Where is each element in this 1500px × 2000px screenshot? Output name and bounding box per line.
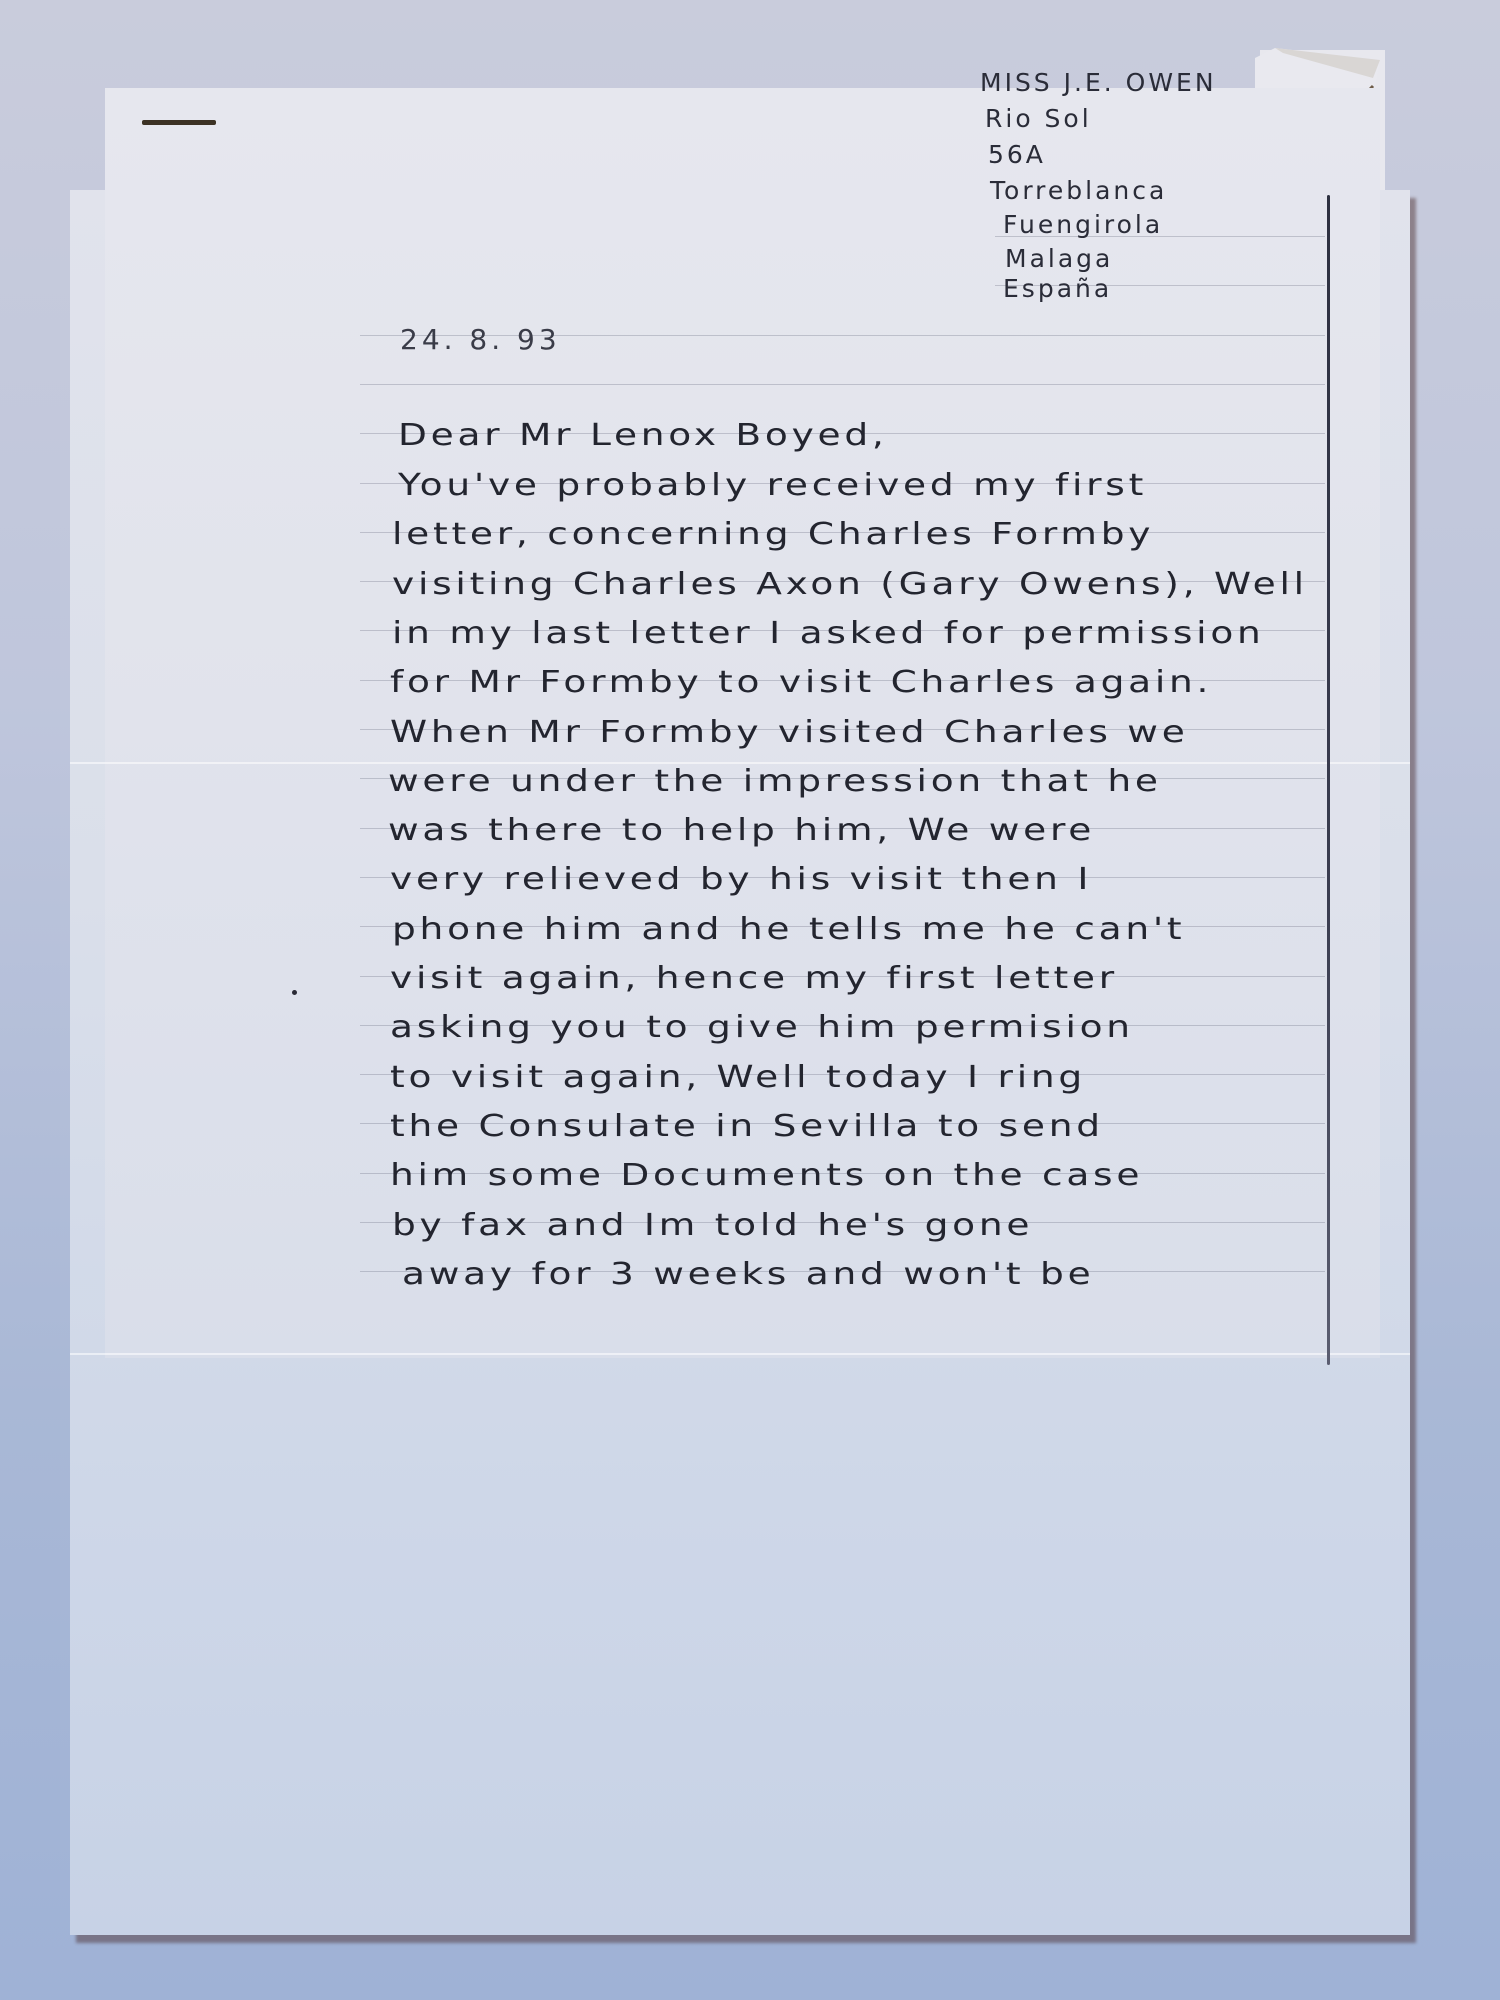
- body-line: asking you to give him permision: [390, 1010, 1134, 1045]
- body-line: visit again, hence my first letter: [390, 961, 1118, 996]
- body-line: very relieved by his visit then I: [390, 862, 1092, 897]
- address-line-country: España: [1003, 274, 1112, 303]
- body-line: for Mr Formby to visit Charles again.: [390, 665, 1212, 700]
- body-line: You've probably received my first: [398, 468, 1147, 503]
- address-line-town: Fuengirola: [1003, 210, 1163, 239]
- address-line-name: MISS J.E. OWEN: [980, 68, 1217, 97]
- address-line-street: Rio Sol: [985, 104, 1092, 133]
- body-line: phone him and he tells me he can't: [392, 912, 1185, 947]
- body-line: to visit again, Well today I ring: [390, 1060, 1086, 1095]
- body-line: away for 3 weeks and won't be: [402, 1257, 1094, 1292]
- address-line-number: 56A: [988, 140, 1046, 169]
- letter-date: 24. 8. 93: [400, 323, 561, 356]
- body-line: visiting Charles Axon (Gary Owens), Well: [392, 567, 1308, 602]
- body-line: in my last letter I asked for permission: [392, 616, 1265, 651]
- body-line: by fax and Im told he's gone: [392, 1208, 1033, 1243]
- margin-rule: [1327, 195, 1330, 1365]
- ink-dot: [292, 990, 297, 995]
- staple-mark: [142, 120, 216, 125]
- body-line: him some Documents on the case: [390, 1158, 1143, 1193]
- body-line: were under the impression that he: [388, 764, 1162, 799]
- body-line: was there to help him, We were: [388, 813, 1095, 848]
- body-line: the Consulate in Sevilla to send: [390, 1109, 1104, 1144]
- fold-crease: [70, 1353, 1410, 1355]
- ruled-line: [360, 384, 1325, 385]
- address-line-province: Malaga: [1005, 244, 1113, 273]
- address-line-district: Torreblanca: [990, 176, 1167, 205]
- salutation: Dear Mr Lenox Boyed,: [398, 418, 888, 453]
- body-line: letter, concerning Charles Formby: [392, 517, 1154, 552]
- body-line: When Mr Formby visited Charles we: [390, 715, 1189, 750]
